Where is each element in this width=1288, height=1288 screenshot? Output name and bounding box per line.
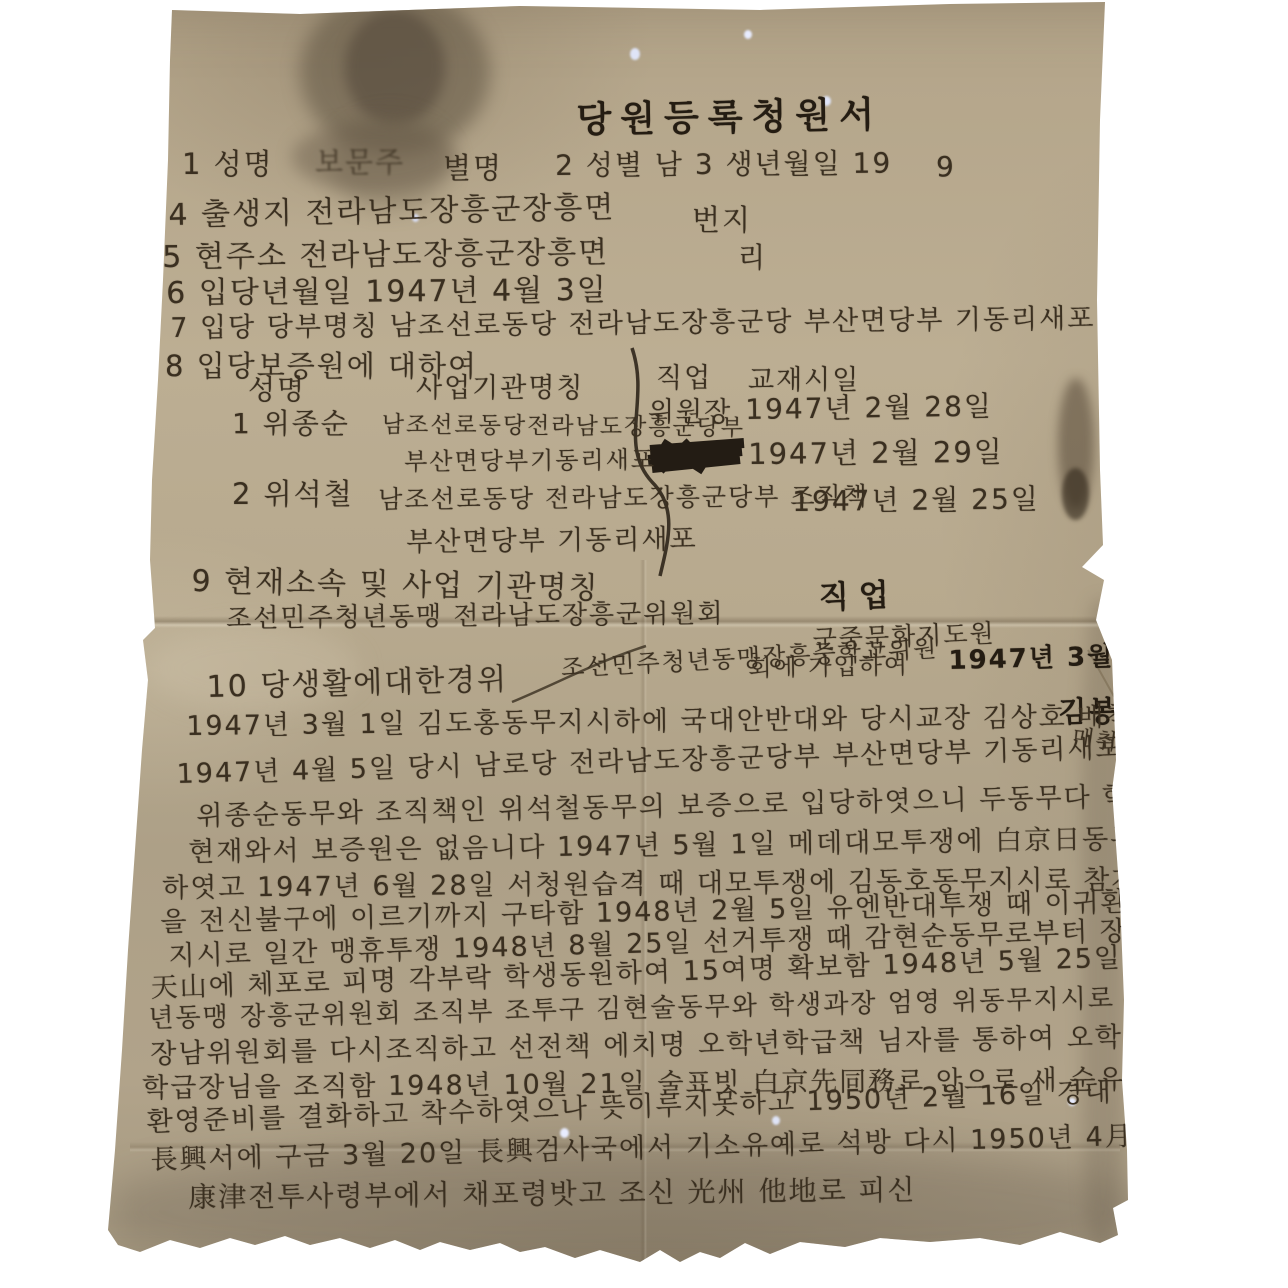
- life-paragraph-line-14: 康津전투사령부에서 채포령밧고 조신 光州 他地로 피신: [188, 1168, 917, 1216]
- section9-org: 조선민주청년동맹 전라남도장흥군위원회: [226, 593, 725, 635]
- field-join-party: 7 입당 당부명칭 남조선로동당 전라남도장흥군당 부산면당부 기동리새포: [170, 296, 1095, 345]
- field-birthplace: 4 출생지 전라남도장흥군장흥면: [168, 182, 616, 234]
- field-name-value: 보문주: [315, 140, 405, 181]
- photo-scene: 당원등록청원서 1 성명 보문주 별명 2 성별 남 3 생년월일 19 9 4…: [0, 0, 1288, 1288]
- field-alias-label: 별명: [443, 146, 503, 187]
- section10-label: 10 당생활에대한경위: [206, 654, 509, 706]
- section9-note2: 회에 가입하여: [748, 645, 909, 683]
- section9-job-label: 직업: [818, 569, 899, 617]
- field-birthplace-suffix: 번지: [692, 198, 752, 239]
- guarantor1-org2: 부산면당부기동리새포: [404, 440, 656, 477]
- guarantor2-date: 1947년 2월 25일: [792, 477, 1040, 520]
- guarantor2-name: 2 위석철: [232, 472, 354, 513]
- ink-scribble-redaction: [648, 442, 744, 470]
- guarantor1-date2: 1947년 2월 29일: [748, 430, 1004, 473]
- ink-drip-core: [1062, 468, 1089, 520]
- guarantor1-date1: 1947년 2월 28일: [745, 385, 993, 428]
- ink-stain-top-core: [345, 10, 445, 125]
- field-address-suffix: 리: [738, 236, 767, 276]
- guarantor1-name: 1 위종순: [232, 402, 350, 442]
- doc-title: 당원등록청원서: [576, 87, 883, 143]
- paper-hole-speck: [630, 48, 640, 60]
- paper-hole-speck: [744, 30, 752, 39]
- table-header-org: 사업기관명칭: [416, 366, 585, 405]
- document-paper: 당원등록청원서 1 성명 보문주 별명 2 성별 남 3 생년월일 19 9 4…: [0, 0, 1288, 1288]
- ink-drip-stain: [1058, 378, 1094, 510]
- field-sex-birthdate: 2 성별 남 3 생년월일 19: [555, 142, 892, 184]
- stray-digit: 9: [936, 150, 956, 183]
- field-name-label: 1 성명: [182, 142, 274, 183]
- paper-hole-speck: [1156, 88, 1165, 97]
- ink-stain-top: [300, 0, 490, 155]
- section9-note-date: 1947년 3월 14일: [948, 634, 1193, 677]
- guarantor1-org: 남조선로동당전라남도장흥군당부: [382, 406, 746, 442]
- guarantor2-org2: 부산면당부 기동리새포: [406, 517, 698, 559]
